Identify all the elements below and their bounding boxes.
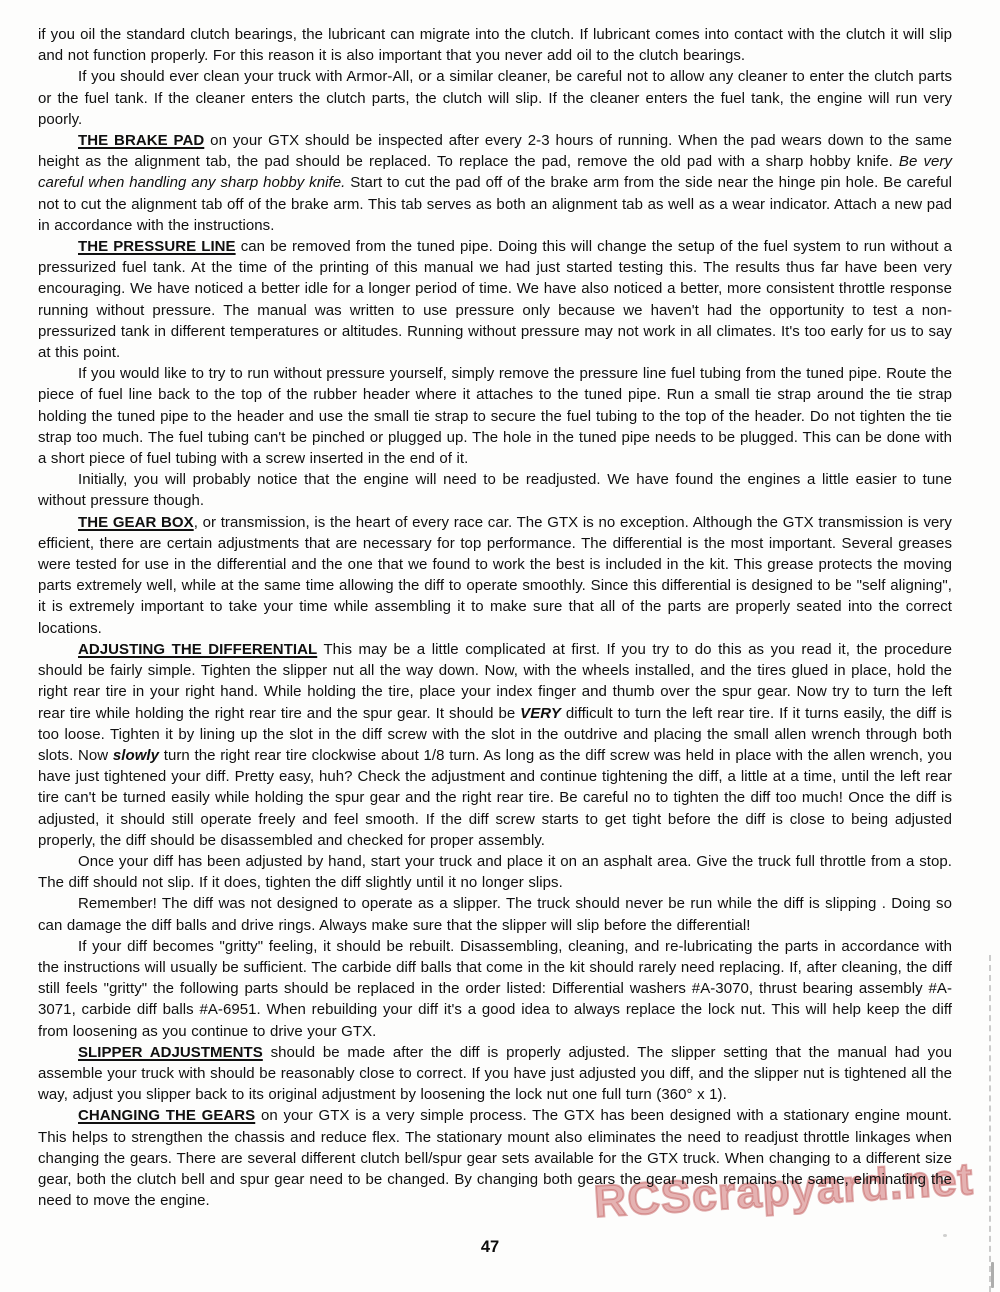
paragraph: if you oil the standard clutch bearings,… (38, 24, 952, 66)
scan-artifact-dashed-line (989, 955, 991, 1292)
section-heading: THE PRESSURE LINE (78, 238, 236, 255)
scan-artifact-speck (943, 1234, 947, 1237)
section-heading: ADJUSTING THE DIFFERENTIAL (78, 641, 317, 658)
text-segment: If you would like to try to run without … (38, 365, 952, 467)
page-content: if you oil the standard clutch bearings,… (38, 24, 952, 1211)
paragraph: ADJUSTING THE DIFFERENTIAL This may be a… (38, 639, 952, 851)
paragraph: Initially, you will probably notice that… (38, 469, 952, 511)
text-segment: VERY (520, 705, 561, 722)
paragraph: If your diff becomes "gritty" feeling, i… (38, 936, 952, 1042)
section-heading: CHANGING THE GEARS (78, 1107, 255, 1124)
text-segment: if you oil the standard clutch bearings,… (38, 26, 952, 64)
scan-artifact-blot (991, 1262, 994, 1288)
text-segment: , or transmission, is the heart of every… (38, 514, 952, 637)
paragraph: If you should ever clean your truck with… (38, 66, 952, 130)
section-heading: SLIPPER ADJUSTMENTS (78, 1044, 263, 1061)
text-segment: If you should ever clean your truck with… (38, 68, 952, 127)
paragraph: Once your diff has been adjusted by hand… (38, 851, 952, 893)
manual-page: RCScrapyard.net if you oil the standard … (0, 0, 1000, 1292)
text-segment: If your diff becomes "gritty" feeling, i… (38, 938, 952, 1040)
paragraph: THE BRAKE PAD on your GTX should be insp… (38, 130, 952, 236)
page-number: 47 (0, 1238, 980, 1257)
section-heading: THE BRAKE PAD (78, 132, 204, 149)
paragraph: THE GEAR BOX, or transmission, is the he… (38, 512, 952, 639)
text-segment: slowly (113, 747, 159, 764)
paragraph: THE PRESSURE LINE can be removed from th… (38, 236, 952, 363)
section-heading: THE GEAR BOX (78, 514, 194, 531)
paragraph: Remember! The diff was not designed to o… (38, 893, 952, 935)
paragraph: If you would like to try to run without … (38, 363, 952, 469)
text-segment: can be removed from the tuned pipe. Doin… (38, 238, 952, 361)
text-segment: Once your diff has been adjusted by hand… (38, 853, 952, 891)
paragraph: CHANGING THE GEARS on your GTX is a very… (38, 1105, 952, 1211)
text-segment: Initially, you will probably notice that… (38, 471, 952, 509)
text-segment: turn the right rear tire clockwise about… (38, 747, 952, 849)
text-segment: Remember! The diff was not designed to o… (38, 895, 952, 933)
paragraph: SLIPPER ADJUSTMENTS should be made after… (38, 1042, 952, 1106)
